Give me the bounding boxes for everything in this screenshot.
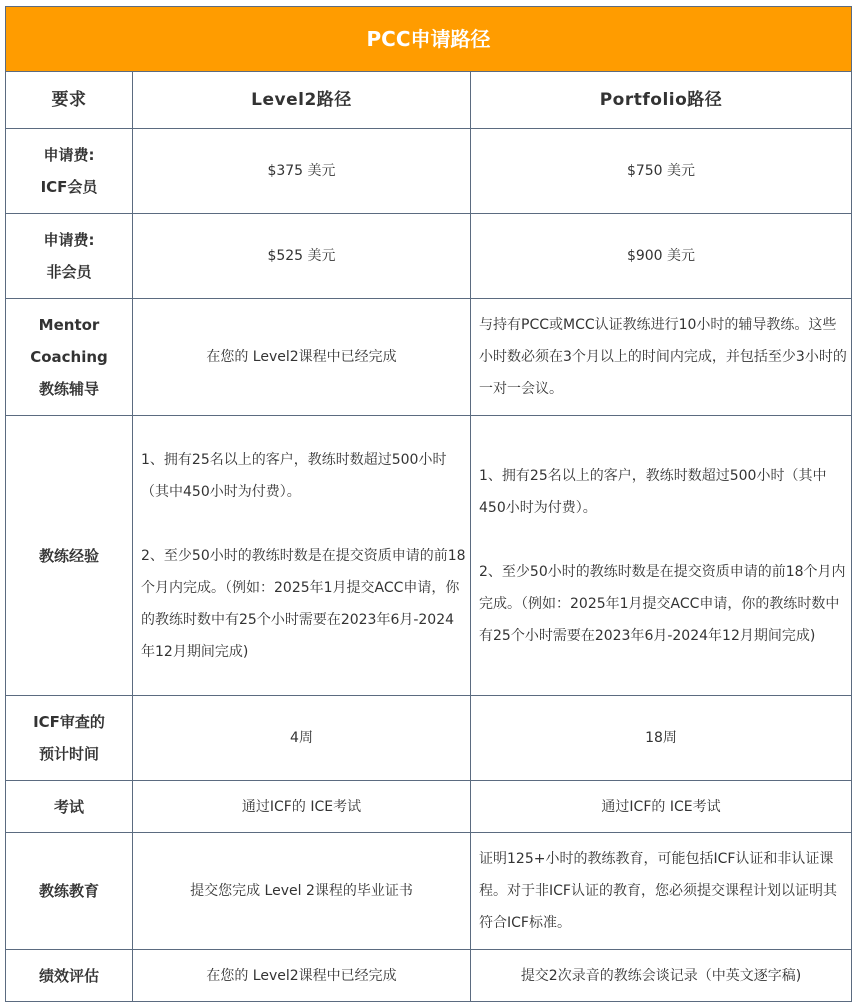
level2-value: 在您的 Level2课程中已经完成 [133,950,471,1002]
table-row-exam: 考试 通过ICF的 ICE考试 通过ICF的 ICE考试 [6,781,852,833]
table-row-mentor-coaching: Mentor Coaching 教练辅导 在您的 Level2课程中已经完成 与… [6,299,852,416]
portfolio-value: $900 美元 [471,214,852,299]
portfolio-value: 1、拥有25名以上的客户，教练时数超过500小时（其中450小时为付费）。 2、… [471,416,852,696]
header-portfolio: Portfolio路径 [471,72,852,129]
header-level2: Level2路径 [133,72,471,129]
table-row-fee-member: 申请费: ICF会员 $375 美元 $750 美元 [6,129,852,214]
portfolio-value: 18周 [471,696,852,781]
title-row: PCC申请路径 [6,7,852,72]
level2-value: 在您的 Level2课程中已经完成 [133,299,471,416]
requirement-label: 申请费: ICF会员 [6,129,133,214]
level2-value: 提交您完成 Level 2课程的毕业证书 [133,833,471,950]
level2-value: 4周 [133,696,471,781]
requirement-label: 申请费: 非会员 [6,214,133,299]
table-row-coach-education: 教练教育 提交您完成 Level 2课程的毕业证书 证明125+小时的教练教育，… [6,833,852,950]
requirement-label: 教练经验 [6,416,133,696]
portfolio-value: 证明125+小时的教练教育，可能包括ICF认证和非认证课程。对于非ICF认证的教… [471,833,852,950]
portfolio-value: 与持有PCC或MCC认证教练进行10小时的辅导教练。这些小时数必须在3个月以上的… [471,299,852,416]
requirement-label: ICF审查的 预计时间 [6,696,133,781]
table-row-coaching-experience: 教练经验 1、拥有25名以上的客户，教练时数超过500小时（其中450小时为付费… [6,416,852,696]
level2-value: 1、拥有25名以上的客户，教练时数超过500小时（其中450小时为付费）。 2、… [133,416,471,696]
table-title: PCC申请路径 [6,7,852,72]
table-row-fee-nonmember: 申请费: 非会员 $525 美元 $900 美元 [6,214,852,299]
level2-value: 通过ICF的 ICE考试 [133,781,471,833]
requirement-label: 考试 [6,781,133,833]
portfolio-value: 提交2次录音的教练会谈记录（中英文逐字稿) [471,950,852,1002]
table-row-review-time: ICF审查的 预计时间 4周 18周 [6,696,852,781]
level2-value: $375 美元 [133,129,471,214]
requirement-label: 绩效评估 [6,950,133,1002]
level2-value: $525 美元 [133,214,471,299]
requirement-label: 教练教育 [6,833,133,950]
header-requirement: 要求 [6,72,133,129]
pcc-comparison-table: PCC申请路径 要求 Level2路径 Portfolio路径 申请费: ICF… [5,6,852,1002]
requirement-label: Mentor Coaching 教练辅导 [6,299,133,416]
header-row: 要求 Level2路径 Portfolio路径 [6,72,852,129]
table-row-performance-evaluation: 绩效评估 在您的 Level2课程中已经完成 提交2次录音的教练会谈记录（中英文… [6,950,852,1002]
portfolio-value: $750 美元 [471,129,852,214]
portfolio-value: 通过ICF的 ICE考试 [471,781,852,833]
